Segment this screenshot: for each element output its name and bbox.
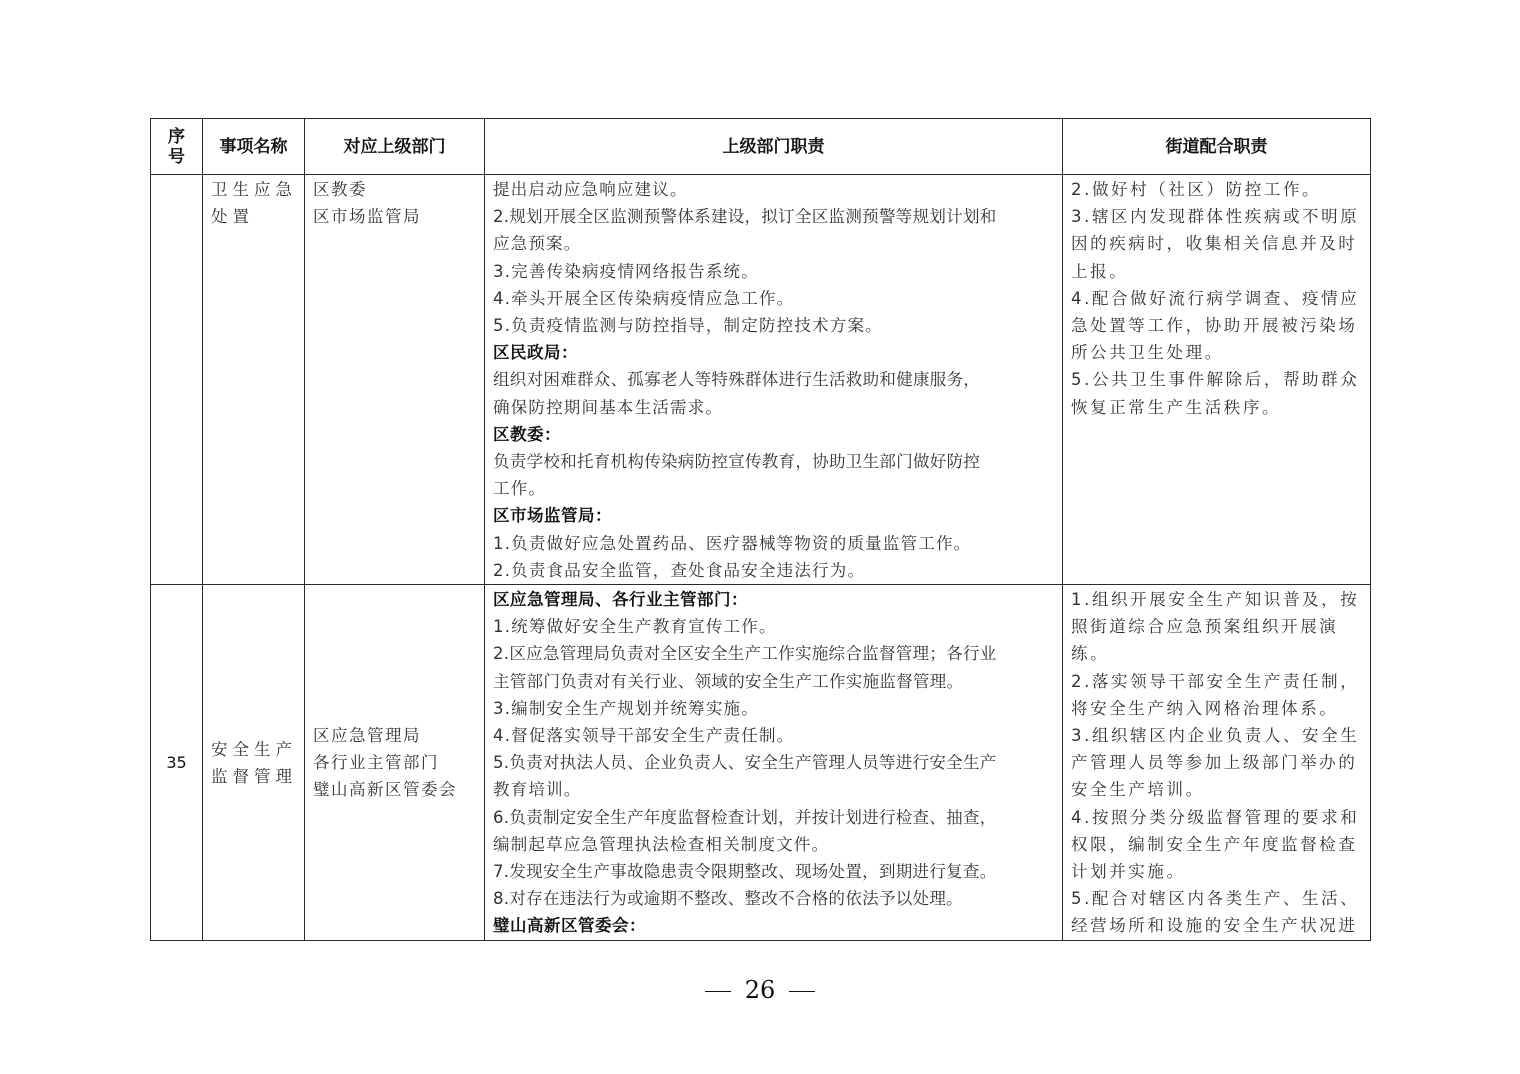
street-duty-line: 照街道综合应急预案组织开展演: [1071, 613, 1362, 640]
item-name-line: 处置: [211, 203, 296, 230]
duty-line: 1.统筹做好安全生产教育宣传工作。: [493, 613, 1054, 640]
duty-line: 2.规划开展全区监测预警体系建设，拟订全区监测预警等规划计划和: [493, 203, 1054, 230]
row-upper-dept: 区教委 区市场监管局: [305, 175, 485, 585]
row-seq: 35: [151, 585, 203, 941]
street-duty-line: 5.公共卫生事件解除后，帮助群众: [1071, 366, 1362, 393]
street-duty-line: 安全生产培训。: [1071, 776, 1362, 803]
duty-line: 2.负责食品安全监管，查处食品安全违法行为。: [493, 557, 1054, 584]
duty-line: 教育培训。: [493, 776, 1054, 803]
duty-line: 4.牵头开展全区传染病疫情应急工作。: [493, 285, 1054, 312]
street-duty-line: 将安全生产纳入网格治理体系。: [1071, 695, 1362, 722]
item-name-line: 安全生产: [211, 736, 296, 763]
dept-line: 区应急管理局: [313, 722, 476, 749]
row-street-duties: 2.做好村（社区）防控工作。 3.辖区内发现群体性疾病或不明原 因的疾病时，收集…: [1063, 175, 1371, 585]
duty-line: 5.负责疫情监测与防控指导，制定防控技术方案。: [493, 312, 1054, 339]
duty-line: 1.负责做好应急处置药品、医疗器械等物资的质量监管工作。: [493, 530, 1054, 557]
header-seq-line2: 号: [151, 147, 202, 167]
dept-line: 璧山高新区管委会: [313, 776, 476, 803]
footer-dash-left: [705, 991, 731, 992]
street-duty-line: 恢复正常生产生活秩序。: [1071, 394, 1362, 421]
street-duty-line: 经营场所和设施的安全生产状况进: [1071, 912, 1362, 939]
table-header-row: 序 号 事项名称 对应上级部门 上级部门职责 街道配合职责: [151, 119, 1371, 175]
street-duty-line: 2.落实领导干部安全生产责任制，: [1071, 668, 1362, 695]
duty-line: 负责学校和托育机构传染病防控宣传教育，协助卫生部门做好防控: [493, 448, 1054, 475]
header-street-duties: 街道配合职责: [1063, 119, 1371, 175]
street-duty-line: 权限，编制安全生产年度监督检查: [1071, 831, 1362, 858]
dept-line: 区教委: [313, 176, 476, 203]
street-duty-line: 急处置等工作，协助开展被污染场: [1071, 312, 1362, 339]
street-duty-line: 4.配合做好流行病学调查、疫情应: [1071, 285, 1362, 312]
dept-line: 区市场监管局: [313, 203, 476, 230]
row-item-name: 卫生应急 处置: [203, 175, 305, 585]
duty-line: 6.负责制定安全生产年度监督检查计划，并按计划进行检查、抽查，: [493, 804, 1054, 831]
document-page: 序 号 事项名称 对应上级部门 上级部门职责 街道配合职责 卫生应急 处置: [0, 0, 1520, 1074]
dept-subheading: 区应急管理局、各行业主管部门：: [493, 586, 1054, 613]
page-number: 26: [745, 976, 776, 1004]
street-duty-line: 计划并实施。: [1071, 858, 1362, 885]
dept-subheading: 区市场监管局：: [493, 502, 1054, 529]
page-footer: 26: [0, 976, 1520, 1004]
street-duty-line: 5.配合对辖区内各类生产、生活、: [1071, 885, 1362, 912]
responsibility-table: 序 号 事项名称 对应上级部门 上级部门职责 街道配合职责 卫生应急 处置: [150, 118, 1371, 941]
duty-line: 5.负责对执法人员、企业负责人、安全生产管理人员等进行安全生产: [493, 749, 1054, 776]
item-name-line: 卫生应急: [211, 176, 296, 203]
header-seq-line1: 序: [151, 127, 202, 147]
street-duty-line: 2.做好村（社区）防控工作。: [1071, 176, 1362, 203]
row-item-name: 安全生产 监督管理: [203, 585, 305, 941]
duty-line: 7.发现安全生产事故隐患责令限期整改、现场处置，到期进行复查。: [493, 858, 1054, 885]
street-duty-line: 练。: [1071, 640, 1362, 667]
street-duty-line: 3.辖区内发现群体性疾病或不明原: [1071, 203, 1362, 230]
duty-line: 主管部门负责对有关行业、领域的安全生产工作实施监督管理。: [493, 668, 1054, 695]
duty-line: 编制起草应急管理执法检查相关制度文件。: [493, 831, 1054, 858]
duty-line: 2.区应急管理局负责对全区安全生产工作实施综合监督管理；各行业: [493, 640, 1054, 667]
row-seq: [151, 175, 203, 585]
row-upper-duties: 区应急管理局、各行业主管部门： 1.统筹做好安全生产教育宣传工作。 2.区应急管…: [485, 585, 1063, 941]
duty-line: 确保防控期间基本生活需求。: [493, 394, 1054, 421]
dept-subheading: 区民政局：: [493, 339, 1054, 366]
dept-subheading: 区教委：: [493, 421, 1054, 448]
street-duty-line: 因的疾病时，收集相关信息并及时: [1071, 230, 1362, 257]
table-row: 卫生应急 处置 区教委 区市场监管局 提出启动应急响应建议。 2.规划开展全区监…: [151, 175, 1371, 585]
street-duty-line: 上报。: [1071, 258, 1362, 285]
duty-line: 组织对困难群众、孤寡老人等特殊群体进行生活救助和健康服务，: [493, 366, 1054, 393]
duty-line: 4.督促落实领导干部安全生产责任制。: [493, 722, 1054, 749]
item-name-line: 监督管理: [211, 763, 296, 790]
duty-line: 8.对存在违法行为或逾期不整改、整改不合格的依法予以处理。: [493, 885, 1054, 912]
row-upper-dept: 区应急管理局 各行业主管部门 璧山高新区管委会: [305, 585, 485, 941]
street-duty-line: 4.按照分类分级监督管理的要求和: [1071, 804, 1362, 831]
street-duty-line: 所公共卫生处理。: [1071, 339, 1362, 366]
duty-line: 提出启动应急响应建议。: [493, 176, 1054, 203]
duty-line: 3.完善传染病疫情网络报告系统。: [493, 258, 1054, 285]
footer-dash-right: [789, 991, 815, 992]
table-row: 35 安全生产 监督管理 区应急管理局 各行业主管部门 璧山高新区管委会: [151, 585, 1371, 941]
street-duty-line: 产管理人员等参加上级部门举办的: [1071, 749, 1362, 776]
header-item-name: 事项名称: [203, 119, 305, 175]
street-duty-line: 3.组织辖区内企业负责人、安全生: [1071, 722, 1362, 749]
duty-line: 工作。: [493, 475, 1054, 502]
row-upper-duties: 提出启动应急响应建议。 2.规划开展全区监测预警体系建设，拟订全区监测预警等规划…: [485, 175, 1063, 585]
row-street-duties: 1.组织开展安全生产知识普及，按 照街道综合应急预案组织开展演 练。 2.落实领…: [1063, 585, 1371, 941]
dept-subheading: 璧山高新区管委会：: [493, 912, 1054, 939]
header-seq: 序 号: [151, 119, 203, 175]
street-duty-line: 1.组织开展安全生产知识普及，按: [1071, 586, 1362, 613]
duty-line: 应急预案。: [493, 230, 1054, 257]
header-upper-duties: 上级部门职责: [485, 119, 1063, 175]
header-upper-dept: 对应上级部门: [305, 119, 485, 175]
dept-line: 各行业主管部门: [313, 749, 476, 776]
duty-line: 3.编制安全生产规划并统筹实施。: [493, 695, 1054, 722]
